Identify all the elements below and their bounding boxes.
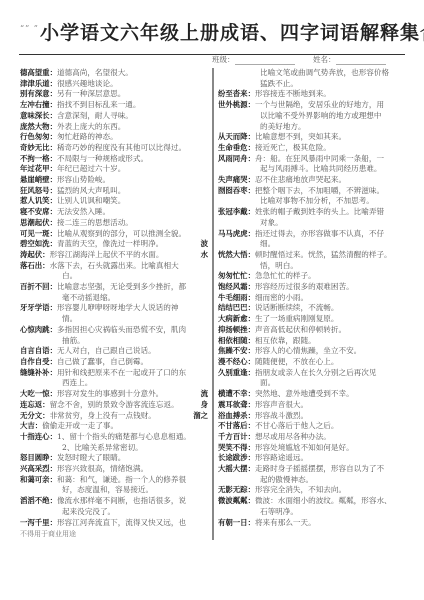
- idiom-entry: 狂风怒号：猛烈的风大声吼叫。: [20, 186, 208, 197]
- idiom-definition-continued: 西连上。: [20, 378, 208, 389]
- idiom-definition: 相互依靠，跟随。: [255, 336, 406, 347]
- idiom-entry: 别有深意：另有一种深层意思。: [20, 89, 208, 100]
- idiom-row: 左冲右撞：指找不到目标乱来一通。: [20, 100, 208, 111]
- idiom-definition: 形容处境尴尬不知如何是好。: [255, 443, 406, 454]
- idiom-row: 涛起伏：形容江湖海洋上起伏不平的水面。水: [20, 250, 208, 261]
- idiom-row: 抑扬顿挫：声音高低起伏和停顿转折。: [218, 325, 406, 336]
- idiom-definition: 姓张的帽子戴到姓李的头上。比喻弄错: [255, 207, 406, 218]
- idiom-definition: 比喻文笔或曲调气势奔放，也形容价格: [260, 68, 406, 79]
- idiom-definition-continued: 比喻对事物不加分析，不加思考。: [218, 196, 406, 207]
- idiom-term: 风雨同舟：: [218, 154, 255, 165]
- idiom-definition: 指还过得去，亦形容做事不认真，不仔: [255, 229, 406, 240]
- idiom-entry: 和蔼可亲：和蔼：和气，谦逊。指一个人的修养很好，态度温和，容易接近。: [20, 475, 208, 496]
- idiom-row: 年过花甲：年纪已超过六十岁。: [20, 164, 208, 175]
- idiom-term: 一泻千里：: [20, 518, 57, 529]
- decorative-quote-marks: “” ”: [20, 24, 39, 33]
- idiom-definition: 年纪已超过六十岁。: [57, 164, 208, 175]
- idiom-row: 焦躁不安：形容人的心情焦躁，坐立不安。: [218, 346, 406, 357]
- idiom-definition: 稀奇巧妙的程度没有其他可以比得过。: [57, 143, 208, 154]
- idiom-definition: 外表上庞大的东西。: [57, 122, 208, 133]
- idiom-entry: 横遭不幸：突然地、意外地遭受到不幸。: [218, 389, 406, 400]
- idiom-entry: 匆匆忙忙：急急忙忙的样子。: [218, 271, 406, 282]
- idiom-definition: 声音高低起伏和停顿转折。: [255, 325, 406, 336]
- idiom-entry: 自作自受：自己做了蠢事，自己倒霉。: [20, 357, 208, 368]
- idiom-definition: 不甘心落后于他人之后。: [255, 421, 406, 432]
- idiom-entry: 连忘返：留念不舍，别的景致令游客流连忘返。身: [20, 400, 208, 411]
- idiom-row: 自言自语：无人对白，自己跟自己说话。: [20, 346, 208, 357]
- idiom-definition: 形容兴致很高，情绪饱满。: [57, 464, 208, 475]
- idiom-definition: 想尽或用尽各种办法。: [255, 432, 406, 443]
- idiom-definition: 突然地、意外地遭受到不幸。: [255, 389, 406, 400]
- idiom-definition-continued: 面。: [218, 378, 406, 389]
- idiom-entry: 大病新愈：生了一场重病刚刚复原。: [218, 314, 406, 325]
- idiom-definition-continued: 起与风雨搏斗。比喻共同经历患难。: [218, 164, 406, 175]
- idiom-row: 狂风怒号：猛烈的风大声吼叫。: [20, 186, 208, 197]
- idiom-term: 漫不经心：: [218, 357, 255, 368]
- idiom-definition: 自己做了蠢事，自己倒霉。: [57, 357, 208, 368]
- idiom-term: 微波粼粼：: [218, 496, 255, 507]
- idiom-definition: 另有一种深层意思。: [57, 89, 208, 100]
- idiom-term: 久别重逢：: [218, 368, 255, 379]
- idiom-entry: 生命垂危：接近死亡，极其危险。: [218, 143, 406, 154]
- idiom-row: 奇妙无比：稀奇巧妙的程度没有其他可以比得过。: [20, 143, 208, 154]
- idiom-definition: 1、留十个指头的痛楚都与心息息相通。: [57, 432, 208, 443]
- page-title: 小学语文六年级上册成语、四字词语解释集合: [40, 18, 424, 45]
- idiom-definition: 猛烈的风大声吼叫。: [57, 186, 208, 197]
- idiom-term: 结结巴巴：: [218, 303, 255, 314]
- idiom-definition: 比喻意想不到，突如其来。: [255, 132, 406, 143]
- idiom-definition-continued: 抽筋。: [20, 336, 208, 347]
- idiom-definition: 偷偷走开或一走了事。: [42, 421, 208, 432]
- idiom-entry: 庞然大物：外表上庞大的东西。: [20, 122, 208, 133]
- idiom-definition: 无法安然入睡。: [57, 207, 208, 218]
- idiom-definition: 顿时醒悟过来。恍然，猛然清醒的样子。: [255, 250, 406, 261]
- idiom-term-fragment: 流: [201, 389, 208, 400]
- idiom-definition: 形容经历过很多的艰难困苦。: [255, 282, 406, 293]
- idiom-term: 怒目圆睁：: [20, 453, 57, 464]
- idiom-definition: 指找不到目标乱来一通。: [57, 100, 208, 111]
- idiom-entry: 风雨同舟：舟：船。在狂风暴雨中同乘一条船，一起与风雨搏斗。比喻共同经历患难。: [218, 154, 406, 175]
- idiom-row: 比喻文笔或曲调气势奔放，也形容价格: [218, 68, 406, 79]
- idiom-term: 左冲右撞：: [20, 100, 57, 111]
- idiom-definition: 和蔼：和气，谦逊。指一个人的修养很: [57, 475, 208, 486]
- idiom-term: 兴高采烈：: [20, 464, 57, 475]
- idiom-row: 纷至沓来：形容接连不断地到来。: [218, 89, 406, 100]
- idiom-entry: 十指连心：1、留十个指头的痛楚都与心息息相通。2、比喻关系异常密切。: [20, 432, 208, 453]
- idiom-entry: 怒目圆睁：发怒时瞪大了眼睛。: [20, 453, 208, 464]
- idiom-row: 牙牙学语：形容婴儿咿咿呀呀地学大人说话的神: [20, 303, 208, 314]
- idiom-row: 有朝一日：将来有那么一天。: [218, 518, 406, 529]
- idiom-entry: 长途跋涉：形容路途遥远。: [218, 453, 406, 464]
- idiom-row: 百折不回：比喻意志坚强，无论受到多少挫折，都: [20, 282, 208, 293]
- idiom-definition-continued: 毫不动摇退缩。: [20, 293, 208, 304]
- idiom-definition: 舟：船。在狂风暴雨中同乘一条船，一: [255, 154, 406, 165]
- idiom-term: 无影无踪：: [218, 485, 255, 496]
- idiom-row: 饱经风霜：形容经历过很多的艰难困苦。: [218, 282, 406, 293]
- idiom-term: 有朝一日：: [218, 518, 255, 529]
- idiom-entry: 津津乐道：很感兴趣地谈论。: [20, 79, 208, 90]
- idiom-entry: 恍然大悟：顿时醒悟过来。恍然，猛然清醒的样子。悟，明白。: [218, 250, 406, 271]
- idiom-term: 行色匆匆：: [20, 132, 57, 143]
- idiom-definition-continued: 细。: [218, 239, 406, 250]
- idiom-term: 年过花甲：: [20, 164, 57, 175]
- idiom-entry: 思潮起伏：接二连三的思想活动。: [20, 218, 208, 229]
- idiom-term: 浴血搏杀：: [218, 411, 255, 422]
- idiom-entry: 百折不回：比喻意志坚强，无论受到多少挫折，都毫不动摇退缩。: [20, 282, 208, 303]
- idiom-row: 大病新愈：生了一场重病刚刚复原。: [218, 314, 406, 325]
- idiom-definition-continued: 2、比喻关系异常密切。: [20, 443, 208, 454]
- idiom-entry: 寝不安席：无法安然入睡。: [20, 207, 208, 218]
- idiom-term: 马马虎虎：: [218, 229, 255, 240]
- idiom-row: 张冠李戴：姓张的帽子戴到姓李的头上。比喻弄错: [218, 207, 406, 218]
- idiom-definition: 形容声音很大。: [255, 400, 406, 411]
- idiom-entry: 惹人讥笑：让别人讥讽和嘲笑。: [20, 196, 208, 207]
- idiom-row: 思潮起伏：接二连三的思想活动。: [20, 218, 208, 229]
- idiom-definition: 接近死亡，极其危险。: [255, 143, 406, 154]
- idiom-entry: 纷至沓来：形容接连不断地到来。: [218, 89, 406, 100]
- idiom-term: 从天而降：: [218, 132, 255, 143]
- idiom-term: 生命垂危：: [218, 143, 255, 154]
- idiom-row: 碧空如洗：青蓝的天空，像洗过一样明净。波: [20, 239, 208, 250]
- idiom-entry: 年过花甲：年纪已超过六十岁。: [20, 164, 208, 175]
- idiom-definition: 青蓝的天空，像洗过一样明净。: [57, 239, 201, 250]
- idiom-term: 抑扬顿挫：: [218, 325, 255, 336]
- idiom-row: 心惊肉跳：多指因担心灾祸临头而恐慌不安，肌肉: [20, 325, 208, 336]
- idiom-entry: 囫囵吞枣：把整个咽下去，不加咀嚼，不辨滋味。比喻对事物不加分析，不加思考。: [218, 186, 406, 207]
- idiom-definition: 将来有那么一天。: [255, 518, 406, 529]
- idiom-term: 千方百计：: [218, 432, 255, 443]
- idiom-entry: 自言自语：无人对白，自己跟自己说话。: [20, 346, 208, 357]
- idiom-term: 大吃一惊：: [20, 389, 57, 400]
- idiom-definition: 走路时身子摇摇摆摆，形容自以为了不: [255, 464, 406, 475]
- idiom-row: 恍然大悟：顿时醒悟过来。恍然，猛然清醒的样子。: [218, 250, 406, 261]
- idiom-term: 碧空如洗：: [20, 239, 57, 250]
- idiom-entry: 大吃一惊：形容对发生的事感到十分意外。流: [20, 389, 208, 400]
- idiom-definition-continued: 的美好地方。: [218, 122, 406, 133]
- idiom-definition: 急急忙忙的样子。: [255, 271, 406, 282]
- class-field: 班级：: [212, 54, 295, 65]
- idiom-entry: 无影无踪：形容完全消失，不知去向。: [218, 485, 406, 496]
- idiom-term: 十指连心：: [20, 432, 57, 443]
- idiom-definition: 含意深刻，耐人寻味。: [57, 111, 208, 122]
- idiom-entry: 碧空如洗：青蓝的天空，像洗过一样明净。波: [20, 239, 208, 250]
- idiom-entry: 相依相随：相互依靠，跟随。: [218, 336, 406, 347]
- idiom-row: 囫囵吞枣：把整个咽下去，不加咀嚼，不辨滋味。: [218, 186, 406, 197]
- idiom-row: 大摇大摆：走路时身子摇摇摆摆，形容自以为了不: [218, 464, 406, 475]
- idiom-term-fragment: 波: [201, 239, 208, 250]
- idiom-term: 涛起伏：: [20, 250, 50, 261]
- idiom-row: 大吉：偷偷走开或一走了事。: [20, 421, 208, 432]
- idiom-entry: 抑扬顿挫：声音高低起伏和停顿转折。: [218, 325, 406, 336]
- idiom-definition: 随随便便，不放在心上。: [255, 357, 406, 368]
- idiom-entry: 意味深长：含意深刻，耐人寻味。: [20, 111, 208, 122]
- idiom-term: 不甘落后：: [218, 421, 255, 432]
- idiom-term: 失声痛哭：: [218, 175, 255, 186]
- idiom-entry: 结结巴巴：说话断断续续，不流畅。: [218, 303, 406, 314]
- column-divider: [212, 68, 214, 540]
- idiom-entry: 不甘落后：不甘心落后于他人之后。: [218, 421, 406, 432]
- idiom-row: 横遭不幸：突然地、意外地遭受到不幸。: [218, 389, 406, 400]
- idiom-row: 失声痛哭：忍不住悲痛地放声哭起来。: [218, 175, 406, 186]
- idiom-entry: 一泻千里：形容江河奔流直下，流得又快又远，也: [20, 518, 208, 529]
- idiom-definition: 形容人的心情焦躁，坐立不安。: [255, 346, 406, 357]
- idiom-row: 相依相随：相互依靠，跟随。: [218, 336, 406, 347]
- class-blank[interactable]: [235, 56, 295, 65]
- idiom-row: 浴血搏杀：形容战斗激烈。: [218, 411, 406, 422]
- idiom-entry: 涛起伏：形容江湖海洋上起伏不平的水面。水: [20, 250, 208, 261]
- idiom-entry: 震耳欲聋：形容声音很大。: [218, 400, 406, 411]
- idiom-definition-continued: 好，态度温和，容易接近。: [20, 485, 208, 496]
- idiom-definition: 形容婴儿咿咿呀呀地学大人说话的神: [57, 303, 208, 314]
- idiom-entry: 悬崖峭壁：形容山势险峻。: [20, 175, 208, 186]
- idiom-definition: 忍不住悲痛地放声哭起来。: [255, 175, 406, 186]
- idiom-definition: 非常贫穷，身上没有一点钱财。: [50, 411, 194, 422]
- idiom-term: 寝不安席：: [20, 207, 57, 218]
- idiom-row: 久别重逢：指朋友或亲人在长久分别之后再次见: [218, 368, 406, 379]
- idiom-entry: 微波粼粼：微波：水面细小的波纹。粼粼，形容水、石等明净。: [218, 496, 406, 517]
- idiom-term: 别有深意：: [20, 89, 57, 100]
- idiom-row: 大吃一惊：形容对发生的事感到十分意外。流: [20, 389, 208, 400]
- idiom-term-fragment: 水: [201, 250, 208, 261]
- idiom-term: 纷至沓来：: [218, 89, 255, 100]
- idiom-entry: 千方百计：想尽或用尽各种办法。: [218, 432, 406, 443]
- idiom-definition: 留念不舍，别的景致令游客流连忘返。: [50, 400, 201, 411]
- idiom-definition-continued: 猛跌不止。: [218, 79, 406, 90]
- idiom-term: 恍然大悟：: [218, 250, 255, 261]
- idiom-entry: 不拘一格：不局限与一种规格或形式。: [20, 154, 208, 165]
- idiom-row: 千方百计：想尽或用尽各种办法。: [218, 432, 406, 443]
- idiom-entry: 无分文：非常贫穷，身上没有一点钱财。溜之: [20, 411, 208, 422]
- idiom-term: 德高望重：: [20, 68, 57, 79]
- idiom-definition: 形容对发生的事感到十分意外。: [57, 389, 201, 400]
- idiom-definition: 很感兴趣地谈论。: [57, 79, 208, 90]
- idiom-definition: 形容山势险峻。: [57, 175, 208, 186]
- name-blank[interactable]: [336, 56, 386, 65]
- left-column: 德高望重：道德高尚，名望很大。津津乐道：很感兴趣地谈论。别有深意：另有一种深层意…: [20, 68, 208, 540]
- idiom-definition: 比喻从观察到的部分，可以推测全貌。: [57, 229, 208, 240]
- idiom-entry: 失声痛哭：忍不住悲痛地放声哭起来。: [218, 175, 406, 186]
- name-field: 姓名：: [313, 54, 386, 65]
- idiom-definition: 形容完全消失，不知去向。: [255, 485, 406, 496]
- idiom-definition: 生了一场重病刚刚复原。: [255, 314, 406, 325]
- idiom-definition-continued: 对象。: [218, 218, 406, 229]
- idiom-entry: 德高望重：道德高尚，名望很大。: [20, 68, 208, 79]
- idiom-row: 别有深意：另有一种深层意思。: [20, 89, 208, 100]
- idiom-row: 缝缝补补：用针和线把原来不在一起或开了口的东: [20, 368, 208, 379]
- idiom-row: 牛毛细雨：细而密的小雨。: [218, 293, 406, 304]
- idiom-entry: 行色匆匆：匆忙赶路的神态。: [20, 132, 208, 143]
- idiom-term: 相依相随：: [218, 336, 255, 347]
- idiom-term: 饱经风霜：: [218, 282, 255, 293]
- name-label: 姓名：: [313, 55, 336, 64]
- idiom-term: 百折不回：: [20, 282, 57, 293]
- idiom-term: 长途跋涉：: [218, 453, 255, 464]
- idiom-term: 哭笑不得：: [218, 443, 255, 454]
- idiom-row: 意味深长：含意深刻，耐人寻味。: [20, 111, 208, 122]
- idiom-definition: 让别人讥讽和嘲笑。: [57, 196, 208, 207]
- idiom-definition: 形容战斗激烈。: [255, 411, 406, 422]
- idiom-entry: 浴血搏杀：形容战斗激烈。: [218, 411, 406, 422]
- idiom-definition: 微波：水面细小的波纹。粼粼，形容水、: [255, 496, 406, 507]
- idiom-row: 漫不经心：随随便便，不放在心上。: [218, 357, 406, 368]
- idiom-row: 落石出：水落下去，石头就露出来。比喻真相大: [20, 261, 208, 272]
- idiom-definition-continued: 起来没完没了。: [20, 507, 208, 518]
- idiom-row: 一泻千里：形容江河奔流直下，流得又快又远，也: [20, 518, 208, 529]
- idiom-definition: 指朋友或亲人在长久分别之后再次见: [255, 368, 406, 379]
- idiom-row: 惹人讥笑：让别人讥讽和嘲笑。: [20, 196, 208, 207]
- idiom-row: 十指连心：1、留十个指头的痛楚都与心息息相通。: [20, 432, 208, 443]
- idiom-term: 大病新愈：: [218, 314, 255, 325]
- idiom-entry: 奇妙无比：稀奇巧妙的程度没有其他可以比得过。: [20, 143, 208, 154]
- idiom-term: 大摇大摆：: [218, 464, 255, 475]
- idiom-row: 滔滔不绝：像流水那样毫不间断，也指话很多，说: [20, 496, 208, 507]
- idiom-entry: 牛毛细雨：细而密的小雨。: [218, 293, 406, 304]
- idiom-row: 津津乐道：很感兴趣地谈论。: [20, 79, 208, 90]
- idiom-term: 自言自语：: [20, 346, 57, 357]
- idiom-entry: 比喻文笔或曲调气势奔放，也形容价格猛跌不止。: [218, 68, 406, 89]
- idiom-row: 匆匆忙忙：急急忙忙的样子。: [218, 271, 406, 282]
- idiom-definition: 发怒时瞪大了眼睛。: [57, 453, 208, 464]
- idiom-term: 庞然大物：: [20, 122, 57, 133]
- idiom-row: 无分文：非常贫穷，身上没有一点钱财。溜之: [20, 411, 208, 422]
- idiom-term: 牛毛细雨：: [218, 293, 255, 304]
- idiom-definition-continued: 情。: [20, 314, 208, 325]
- idiom-row: 从天而降：比喻意想不到，突如其来。: [218, 132, 406, 143]
- idiom-entry: 有朝一日：将来有那么一天。: [218, 518, 406, 529]
- idiom-row: 可见一斑：比喻从观察到的部分，可以推测全貌。: [20, 229, 208, 240]
- idiom-term: 意味深长：: [20, 111, 57, 122]
- idiom-term: 悬崖峭壁：: [20, 175, 57, 186]
- idiom-row: 兴高采烈：形容兴致很高，情绪饱满。: [20, 464, 208, 475]
- idiom-term: 囫囵吞枣：: [218, 186, 255, 197]
- idiom-term: 世外桃源：: [218, 100, 255, 111]
- idiom-row: 马马虎虎：指还过得去，亦形容做事不认真，不仔: [218, 229, 406, 240]
- idiom-entry: 滔滔不绝：像流水那样毫不间断，也指话很多，说起来没完没了。: [20, 496, 208, 517]
- idiom-row: 风雨同舟：舟：船。在狂风暴雨中同乘一条船，一: [218, 154, 406, 165]
- idiom-term-fragment: 身: [201, 400, 208, 411]
- idiom-term-fragment: 溜之: [193, 411, 208, 422]
- idiom-definition: 比喻意志坚强，无论受到多少挫折，都: [57, 282, 208, 293]
- idiom-definition: 接二连三的思想活动。: [57, 218, 208, 229]
- idiom-row: 自作自受：自己做了蠢事，自己倒霉。: [20, 357, 208, 368]
- idiom-definition: 细而密的小雨。: [255, 293, 406, 304]
- idiom-entry: 久别重逢：指朋友或亲人在长久分别之后再次见面。: [218, 368, 406, 389]
- idiom-definition: 形容路途遥远。: [255, 453, 406, 464]
- idiom-entry: 可见一斑：比喻从观察到的部分，可以推测全貌。: [20, 229, 208, 240]
- idiom-row: 长途跋涉：形容路途遥远。: [218, 453, 406, 464]
- idiom-term: 落石出：: [20, 261, 50, 272]
- footer-note: 不得用于商业用途: [20, 529, 208, 540]
- idiom-term: 津津乐道：: [20, 79, 57, 90]
- idiom-row: 寝不安席：无法安然入睡。: [20, 207, 208, 218]
- idiom-term: 无分文：: [20, 411, 50, 422]
- right-column: 比喻文笔或曲调气势奔放，也形容价格猛跌不止。纷至沓来：形容接连不断地到来。世外桃…: [218, 68, 406, 528]
- idiom-entry: 缝缝补补：用针和线把原来不在一起或开了口的东西连上。: [20, 368, 208, 389]
- idiom-definition-continued: 起的傲慢神态。: [218, 475, 406, 486]
- idiom-row: 微波粼粼：微波：水面细小的波纹。粼粼，形容水、: [218, 496, 406, 507]
- idiom-term: 自作自受：: [20, 357, 57, 368]
- idiom-term: 横遭不幸：: [218, 389, 255, 400]
- idiom-definition: 不局限与一种规格或形式。: [57, 154, 208, 165]
- idiom-term: 震耳欲聋：: [218, 400, 255, 411]
- idiom-entry: 马马虎虎：指还过得去，亦形容做事不认真，不仔细。: [218, 229, 406, 250]
- idiom-term: 心惊肉跳：: [20, 325, 57, 336]
- idiom-entry: 漫不经心：随随便便，不放在心上。: [218, 357, 406, 368]
- idiom-definition-continued: 悟，明白。: [218, 261, 406, 272]
- idiom-term: 不拘一格：: [20, 154, 57, 165]
- idiom-definition-continued: 石等明净。: [218, 507, 406, 518]
- idiom-term: 狂风怒号：: [20, 186, 57, 197]
- idiom-definition: 像流水那样毫不间断，也指话很多，说: [57, 496, 208, 507]
- idiom-entry: 哭笑不得：形容处境尴尬不知如何是好。: [218, 443, 406, 454]
- idiom-entry: 饱经风霜：形容经历过很多的艰难困苦。: [218, 282, 406, 293]
- class-label: 班级：: [212, 55, 235, 64]
- idiom-definition: 把整个咽下去，不加咀嚼，不辨滋味。: [255, 186, 406, 197]
- idiom-term: 牙牙学语：: [20, 303, 57, 314]
- idiom-entry: 落石出：水落下去，石头就露出来。比喻真相大白。: [20, 261, 208, 282]
- idiom-row: 震耳欲聋：形容声音很大。: [218, 400, 406, 411]
- idiom-entry: 牙牙学语：形容婴儿咿咿呀呀地学大人说话的神情。: [20, 303, 208, 324]
- idiom-definition: 匆忙赶路的神态。: [57, 132, 208, 143]
- idiom-row: 生命垂危：接近死亡，极其危险。: [218, 143, 406, 154]
- idiom-row: 连忘返：留念不舍，别的景致令游客流连忘返。身: [20, 400, 208, 411]
- idiom-row: 庞然大物：外表上庞大的东西。: [20, 122, 208, 133]
- idiom-row: 哭笑不得：形容处境尴尬不知如何是好。: [218, 443, 406, 454]
- idiom-term: 奇妙无比：: [20, 143, 57, 154]
- idiom-definition-continued: 以比喻不受外界影响的地方或理想中: [218, 111, 406, 122]
- idiom-definition: 形容接连不断地到来。: [255, 89, 406, 100]
- idiom-definition: 一个与世隔绝，安居乐业的好地方，用: [255, 100, 406, 111]
- idiom-row: 和蔼可亲：和蔼：和气，谦逊。指一个人的修养很: [20, 475, 208, 486]
- idiom-term: 匆匆忙忙：: [218, 271, 255, 282]
- idiom-definition: 多指因担心灾祸临头而恐慌不安，肌肉: [57, 325, 208, 336]
- idiom-row: 悬崖峭壁：形容山势险峻。: [20, 175, 208, 186]
- idiom-definition: 用针和线把原来不在一起或开了口的东: [57, 368, 208, 379]
- idiom-definition: 形容江河奔流直下，流得又快又远，也: [57, 518, 208, 529]
- idiom-term: [218, 68, 260, 79]
- idiom-row: 怒目圆睁：发怒时瞪大了眼睛。: [20, 453, 208, 464]
- idiom-term: 惹人讥笑：: [20, 196, 57, 207]
- idiom-entry: 焦躁不安：形容人的心情焦躁，坐立不安。: [218, 346, 406, 357]
- idiom-entry: 心惊肉跳：多指因担心灾祸临头而恐慌不安，肌肉抽筋。: [20, 325, 208, 346]
- idiom-definition: 无人对白，自己跟自己说话。: [57, 346, 208, 357]
- idiom-entry: 从天而降：比喻意想不到，突如其来。: [218, 132, 406, 143]
- idiom-term: 可见一斑：: [20, 229, 57, 240]
- idiom-term: 连忘返：: [20, 400, 50, 411]
- idiom-definition: 水落下去，石头就露出来。比喻真相大: [50, 261, 208, 272]
- idiom-entry: 兴高采烈：形容兴致很高，情绪饱满。: [20, 464, 208, 475]
- idiom-definition-continued: 白。: [20, 271, 208, 282]
- idiom-term: 和蔼可亲：: [20, 475, 57, 486]
- idiom-entry: 左冲右撞：指找不到目标乱来一通。: [20, 100, 208, 111]
- idiom-term: 滔滔不绝：: [20, 496, 57, 507]
- idiom-term: 思潮起伏：: [20, 218, 57, 229]
- idiom-entry: 世外桃源：一个与世隔绝，安居乐业的好地方，用以比喻不受外界影响的地方或理想中的美…: [218, 100, 406, 132]
- idiom-definition: 形容江湖海洋上起伏不平的水面。: [50, 250, 201, 261]
- idiom-term: 缝缝补补：: [20, 368, 57, 379]
- idiom-row: 世外桃源：一个与世隔绝，安居乐业的好地方，用: [218, 100, 406, 111]
- idiom-definition: 说话断断续续，不流畅。: [255, 303, 406, 314]
- idiom-row: 结结巴巴：说话断断续续，不流畅。: [218, 303, 406, 314]
- idiom-entry: 大摇大摆：走路时身子摇摇摆摆，形容自以为了不起的傲慢神态。: [218, 464, 406, 485]
- idiom-entry: 张冠李戴：姓张的帽子戴到姓李的头上。比喻弄错对象。: [218, 207, 406, 228]
- idiom-term: 张冠李戴：: [218, 207, 255, 218]
- idiom-row: 无影无踪：形容完全消失，不知去向。: [218, 485, 406, 496]
- idiom-term: 大吉：: [20, 421, 42, 432]
- idiom-row: 不拘一格：不局限与一种规格或形式。: [20, 154, 208, 165]
- idiom-row: 行色匆匆：匆忙赶路的神态。: [20, 132, 208, 143]
- idiom-term: 焦躁不安：: [218, 346, 255, 357]
